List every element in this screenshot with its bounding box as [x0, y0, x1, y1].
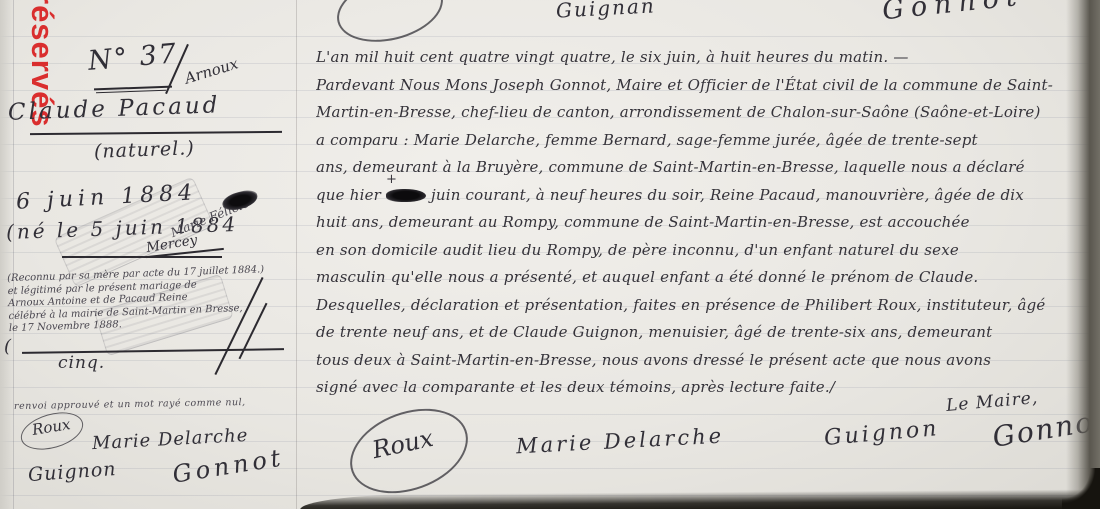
act-line: de trente neuf ans, et de Claude Guignon… — [316, 319, 1074, 347]
act-body-text: L'an mil huit cent quatre vingt quatre, … — [316, 44, 1074, 416]
register-page-scan: réservés Guignan Gonnot N° 37 Arnoux Cla… — [0, 0, 1100, 509]
act-line: ans, demeurant à la Bruyère, commune de … — [316, 154, 1074, 182]
act-line-pre-text: que hier — [316, 186, 381, 204]
page-gutter-shadow — [1066, 0, 1100, 509]
act-line-with-correction: que hierjuin courant, à neuf heures du s… — [316, 182, 1074, 210]
ink-blot-strikeout — [386, 189, 426, 202]
child-status: (naturel.) — [94, 137, 195, 163]
word-count-note: cinq. — [58, 353, 105, 373]
act-line-post-text: juin courant, à neuf heures du soir, Rei… — [431, 186, 1024, 204]
act-line: huit ans, demeurant au Rompy, commune de… — [316, 209, 1074, 237]
left-vertical-rule — [13, 0, 14, 509]
act-line: Martin-en-Bresse, chef-lieu de canton, a… — [316, 99, 1074, 127]
closing-paren: ( — [4, 336, 11, 357]
margin-vertical-rule — [296, 0, 297, 509]
act-line: tous deux à Saint-Martin-en-Bresse, nous… — [316, 347, 1074, 375]
correction-caret-mark: + — [386, 172, 397, 187]
act-line: L'an mil huit cent quatre vingt quatre, … — [316, 44, 1074, 72]
act-line: Pardevant Nous Mons Joseph Gonnot, Maire… — [316, 72, 1074, 100]
act-line: masculin qu'elle nous a présenté, et auq… — [316, 264, 1074, 292]
page-corner-shadow — [1062, 468, 1100, 509]
page-left-edge — [0, 0, 14, 509]
act-line: Desquelles, déclaration et présentation,… — [316, 292, 1074, 320]
act-line: a comparu : Marie Delarche, femme Bernar… — [316, 127, 1074, 155]
act-line: en son domicile audit lieu du Rompy, de … — [316, 237, 1074, 265]
marginal-note: (Reconnu par sa mère par acte du 17 juil… — [7, 263, 305, 336]
